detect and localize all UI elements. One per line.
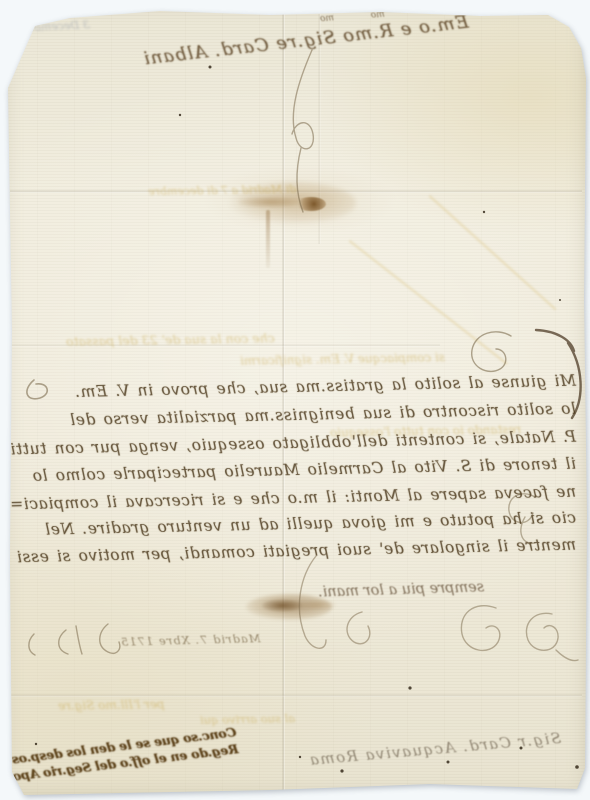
letter-page: di Madrid a 7 di decembre che con la sua…	[0, 0, 590, 800]
body-text-line: cio si ha potuto e mi giova quelli ad un…	[16, 509, 576, 540]
ink-smudge-core	[262, 599, 302, 612]
address-line: Sig.r Card. Acquaviva Roma	[308, 729, 562, 769]
body-text-line: il tenore di S. Vito al Carmelio Maureli…	[16, 455, 576, 486]
registry-note: Conc.so que se le den los desp.os que pi…	[25, 723, 240, 783]
ink-stain-wisp	[238, 196, 302, 208]
body-text-line: P. Natale, si contenti dell'obbligato os…	[16, 428, 576, 459]
pencil-inscription: 3 Decembre	[22, 18, 90, 35]
signature-marks-left	[29, 624, 120, 655]
ink-smudge-tail	[300, 600, 336, 610]
scanner-bed: di Madrid a 7 di decembre che con la sua…	[0, 0, 590, 800]
closing-line: sempre piu a lor mani.	[318, 579, 485, 600]
body-text-line: mentre il singolare de' suoi pregiati co…	[16, 536, 576, 567]
showthrough-line: di Madrid a 7 di decembre	[148, 183, 297, 199]
body-text-line: Mi giunse al solito la gratiss.ma sua, c…	[16, 372, 576, 403]
fold-crease-horizontal-lower	[10, 694, 582, 697]
date-line: Madrid 7. Xbre 1715	[120, 631, 261, 649]
fold-crease-vertical	[282, 14, 285, 792]
header-salutation: Em.o e R.mo Sig.re Card. Albani	[142, 12, 470, 70]
ink-stain-core	[296, 197, 326, 211]
signature-flourish-loops	[347, 606, 578, 661]
showthrough-line: al suo arrivo qui	[200, 711, 295, 727]
glue-streak	[429, 195, 557, 310]
body-text-line: ne faceva sapere al Monti: il m.o che e …	[16, 483, 576, 514]
showthrough-line: si compiacque V. Em. significarmi	[240, 350, 445, 368]
showthrough-line: per l'Ill.mo Sig.re	[58, 697, 165, 713]
paper-shadow: di Madrid a 7 di decembre che con la sua…	[0, 0, 590, 800]
ink-stain-drip	[266, 210, 270, 268]
